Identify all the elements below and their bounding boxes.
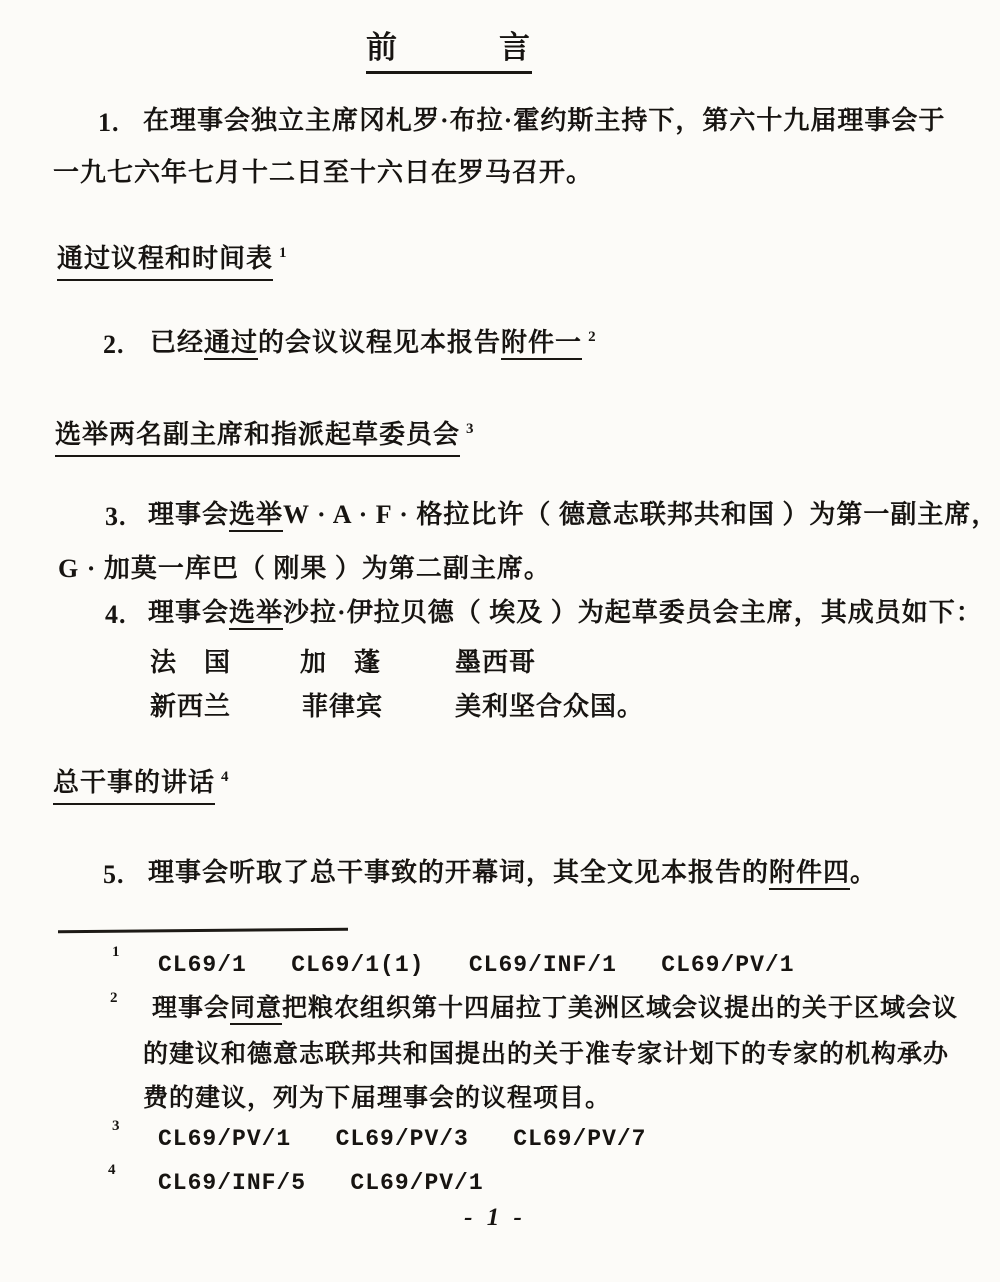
page-title: 前言 bbox=[366, 22, 532, 74]
page-title-right: 言 bbox=[499, 30, 532, 65]
section-heading-vice-chairmen: 选举两名副主席和指派起草委员会3 bbox=[55, 418, 474, 452]
page-title-left: 前 bbox=[366, 30, 399, 65]
paragraph-3-line-2: G · 加莫一库巴（ 刚果 ）为第二副主席。 bbox=[58, 552, 551, 586]
paragraph-2-number: 2. bbox=[103, 328, 125, 362]
member-usa: 美利坚合众国。 bbox=[455, 686, 644, 723]
footnote-2-marker: 2 bbox=[110, 990, 118, 1007]
member-philippines: 菲律宾 bbox=[302, 686, 383, 723]
paragraph-3-number: 3. bbox=[105, 500, 127, 534]
paragraph-4-line-1: 理事会选举沙拉·伊拉贝德（ 埃及 ）为起草委员会主席，其成员如下： bbox=[148, 596, 983, 630]
member-france: 法 国 bbox=[150, 642, 231, 679]
footnote-3-text: CL69/PV/1 CL69/PV/3 CL69/PV/7 bbox=[158, 1122, 646, 1156]
section-heading-agenda-timetable: 通过议程和时间表1 bbox=[57, 242, 287, 276]
footnote-4-text: CL69/INF/5 CL69/PV/1 bbox=[158, 1166, 484, 1200]
paragraph-2-line-1: 已经通过的会议议程见本报告附件一2 bbox=[150, 326, 596, 360]
footnote-separator-rule bbox=[58, 928, 348, 934]
footnote-3-marker: 3 bbox=[112, 1118, 120, 1135]
document-page: 前言 1. 在理事会独立主席冈札罗·布拉·霍约斯主持下，第六十九届理事会于 一九… bbox=[0, 0, 1000, 1282]
footnote-2-line-2: 的建议和德意志联邦共和国提出的关于准专家计划下的专家的机构承办 bbox=[143, 1038, 949, 1072]
member-new-zealand: 新西兰 bbox=[150, 686, 231, 723]
section-heading-dg-statement: 总干事的讲话4 bbox=[53, 766, 229, 800]
footnote-1-marker: 1 bbox=[112, 944, 120, 961]
page-number: - 1 - bbox=[430, 1204, 560, 1232]
paragraph-4-number: 4. bbox=[105, 598, 127, 632]
paragraph-5-line-1: 理事会听取了总干事致的开幕词，其全文见本报告的附件四。 bbox=[148, 856, 877, 890]
paragraph-3-line-1: 理事会选举W · A · F · 格拉比许（ 德意志联邦共和国 ）为第一副主席， bbox=[148, 498, 998, 532]
member-gabon: 加 蓬 bbox=[300, 642, 381, 679]
paragraph-1-number: 1. bbox=[98, 106, 120, 140]
footnote-2-line-1: 理事会同意把粮农组织第十四届拉丁美洲区域会议提出的关于区域会议 bbox=[152, 992, 958, 1026]
footnote-2-line-3: 费的建议，列为下届理事会的议程项目。 bbox=[143, 1082, 611, 1116]
footnote-4-marker: 4 bbox=[108, 1162, 116, 1179]
paragraph-1-line-2: 一九七六年七月十二日至十六日在罗马召开。 bbox=[53, 156, 593, 190]
paragraph-1-line-1: 在理事会独立主席冈札罗·布拉·霍约斯主持下，第六十九届理事会于 bbox=[143, 104, 945, 138]
paragraph-5-number: 5. bbox=[103, 858, 125, 892]
member-mexico: 墨西哥 bbox=[455, 642, 536, 679]
footnote-1-text: CL69/1 CL69/1(1) CL69/INF/1 CL69/PV/1 bbox=[158, 948, 795, 982]
